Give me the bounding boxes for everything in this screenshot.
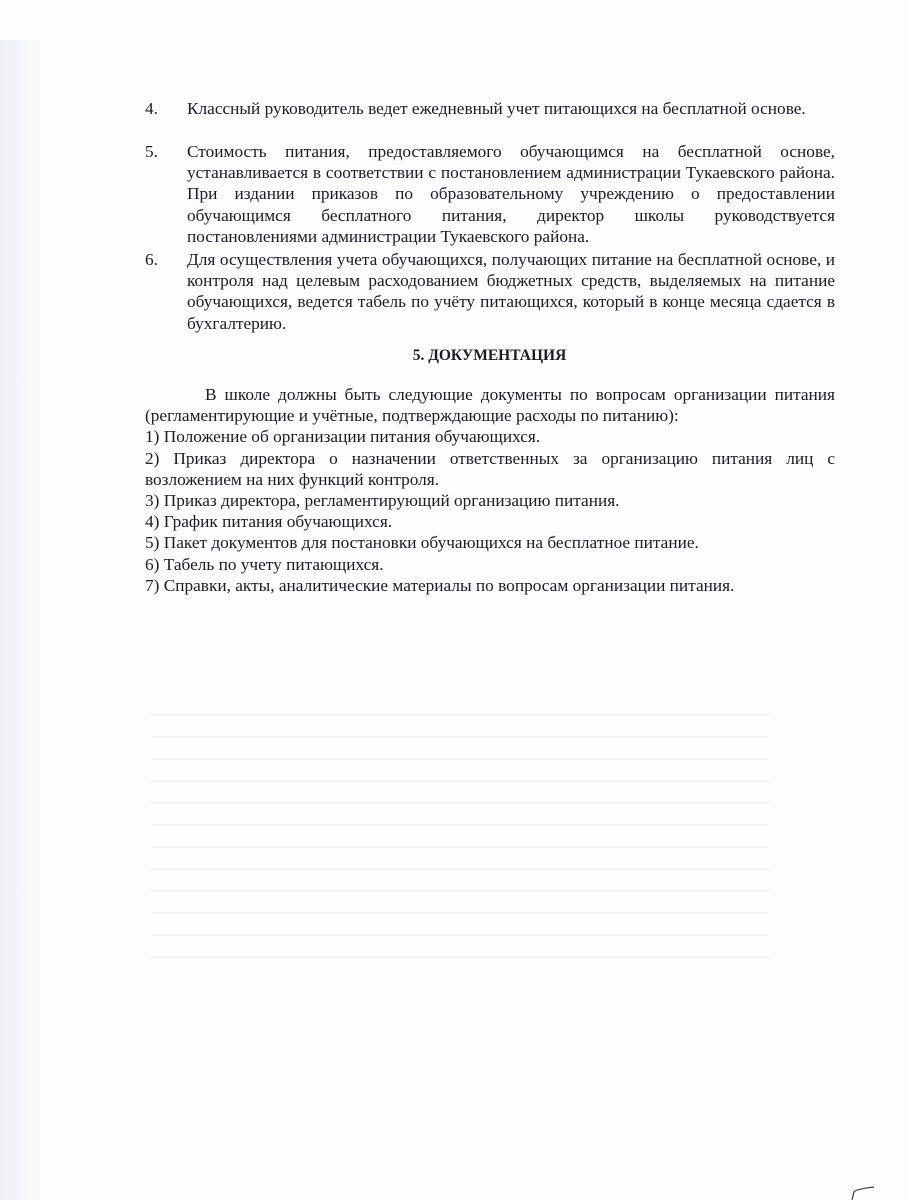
document-item: 3) Приказ директора, регламентирующий ор… — [145, 490, 835, 511]
document-page: 4. Классный руководитель ведет ежедневны… — [0, 0, 909, 1200]
document-item: 7) Справки, акты, аналитические материал… — [145, 575, 835, 596]
item-number: 6. — [145, 249, 185, 270]
document-item: 5) Пакет документов для постановки обуча… — [145, 532, 835, 553]
document-item: 6) Табель по учету питающихся. — [145, 554, 835, 575]
section-heading: 5. ДОКУМЕНТАЦИЯ — [0, 347, 909, 365]
pen-mark — [848, 1186, 878, 1200]
document-item: 2) Приказ директора о назначении ответст… — [145, 448, 835, 490]
section-intro: В школе должны быть следующие документы … — [145, 384, 835, 426]
document-item: 4) График питания обучающихся. — [145, 511, 835, 532]
list-item-5: 5. Стоимость питания, предоставляемого о… — [145, 141, 835, 247]
item-text: Классный руководитель ведет ежедневный у… — [187, 98, 835, 119]
item-text: Для осуществления учета обучающихся, пол… — [187, 249, 835, 334]
documentation-section: В школе должны быть следующие документы … — [145, 384, 835, 596]
item-text: Стоимость питания, предоставляемого обуч… — [187, 141, 835, 247]
item-number: 4. — [145, 98, 185, 119]
list-item-6: 6. Для осуществления учета обучающихся, … — [145, 249, 835, 334]
list-item-4: 4. Классный руководитель ведет ежедневны… — [145, 98, 835, 119]
document-item: 1) Положение об организации питания обуч… — [145, 426, 835, 447]
item-number: 5. — [145, 141, 185, 162]
documents-list: 1) Положение об организации питания обуч… — [145, 426, 835, 596]
